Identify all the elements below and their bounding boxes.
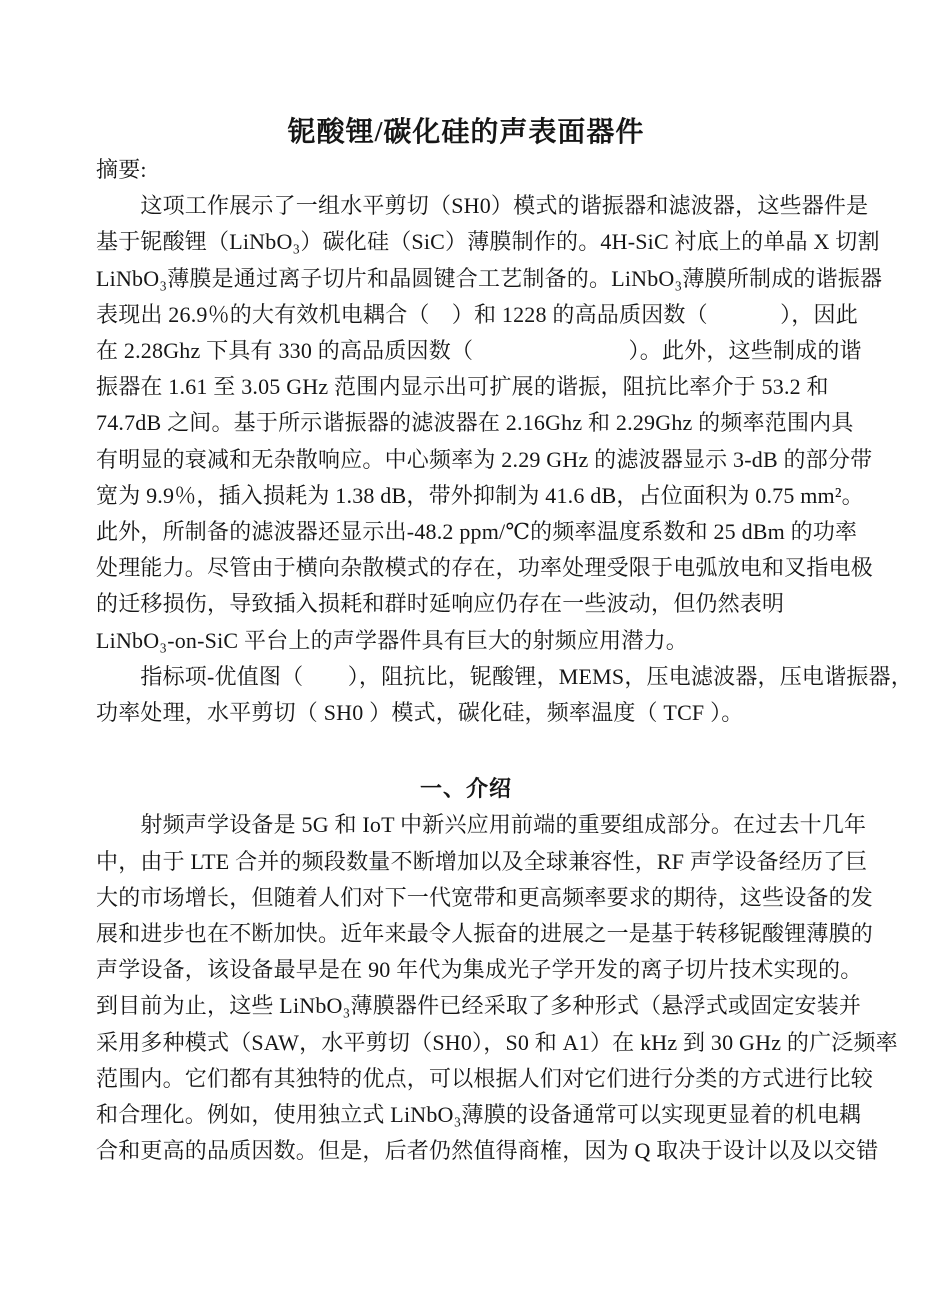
- introduction-paragraph: 射频声学设备是 5G 和 IoT 中新兴应用前端的重要组成部分。在过去十几年中，…: [96, 807, 836, 1169]
- text-line: 合和更高的品质因数。但是，后者仍然值得商榷，因为 Q 取决于设计以及以交错: [96, 1133, 836, 1169]
- text-line: 在 2.28Ghz 下具有 330 的高品质因数（ ）。此外，这些制成的谐: [96, 333, 836, 369]
- document-title: 铌酸锂/碳化硅的声表面器件: [96, 114, 836, 152]
- text-line: 射频声学设备是 5G 和 IoT 中新兴应用前端的重要组成部分。在过去十几年: [96, 807, 836, 843]
- text-line: LiNbO₃薄膜是通过离子切片和晶圆键合工艺制备的。LiNbO₃薄膜所制成的谐振…: [96, 261, 836, 297]
- text-line: 采用多种模式（SAW，水平剪切（SH0），S0 和 A1）在 kHz 到 30 …: [96, 1025, 836, 1061]
- index-terms-paragraph: 指标项-优值图（ ），阻抗比，铌酸锂，MEMS，压电滤波器，压电谐振器，功率处理…: [96, 659, 836, 731]
- section-heading-introduction: 一、介绍: [96, 771, 836, 807]
- text-line: LiNbO₃-on-SiC 平台上的声学器件具有巨大的射频应用潜力。: [96, 623, 836, 659]
- text-line: 此外，所制备的滤波器还显示出-48.2 ppm/℃的频率温度系数和 25 dBm…: [96, 514, 836, 550]
- text-line: 宽为 9.9％，插入损耗为 1.38 dB，带外抑制为 41.6 dB，占位面积…: [96, 478, 836, 514]
- text-line: 功率处理，水平剪切（ SH0 ）模式，碳化硅，频率温度（ TCF ）。: [96, 695, 836, 731]
- text-line: 有明显的衰减和无杂散响应。中心频率为 2.29 GHz 的滤波器显示 3-dB …: [96, 442, 836, 478]
- text-line: 处理能力。尽管由于横向杂散模式的存在，功率处理受限于电弧放电和叉指电极: [96, 550, 836, 586]
- text-line: 指标项-优值图（ ），阻抗比，铌酸锂，MEMS，压电滤波器，压电谐振器，: [96, 659, 836, 695]
- text-line: 范围内。它们都有其独特的优点，可以根据人们对它们进行分类的方式进行比较: [96, 1061, 836, 1097]
- text-line: 和合理化。例如，使用独立式 LiNbO₃薄膜的设备通常可以实现更显着的机电耦: [96, 1097, 836, 1133]
- text-line: 展和进步也在不断加快。近年来最令人振奋的进展之一是基于转移铌酸锂薄膜的: [96, 916, 836, 952]
- text-line: 74.7dB 之间。基于所示谐振器的滤波器在 2.16Ghz 和 2.29Ghz…: [96, 405, 836, 441]
- text-line: 中，由于 LTE 合并的频段数量不断增加以及全球兼容性，RF 声学设备经历了巨: [96, 844, 836, 880]
- abstract-label: 摘要:: [96, 152, 836, 188]
- text-line: 的迁移损伤，导致插入损耗和群时延响应仍存在一些波动，但仍然表明: [96, 586, 836, 622]
- text-line: 表现出 26.9％的大有效机电耦合（ ）和 1228 的高品质因数（ ），因此: [96, 297, 836, 333]
- text-line: 基于铌酸锂（LiNbO₃）碳化硅（SiC）薄膜制作的。4H-SiC 衬底上的单晶…: [96, 224, 836, 260]
- text-line: 到目前为止，这些 LiNbO₃薄膜器件已经采取了多种形式（悬浮式或固定安装并: [96, 988, 836, 1024]
- text-line: 声学设备，该设备最早是在 90 年代为集成光子学开发的离子切片技术实现的。: [96, 952, 836, 988]
- document-page: 铌酸锂/碳化硅的声表面器件 摘要: 这项工作展示了一组水平剪切（SH0）模式的谐…: [0, 0, 926, 1309]
- text-line: 大的市场增长，但随着人们对下一代宽带和更高频率要求的期待，这些设备的发: [96, 880, 836, 916]
- text-line: 这项工作展示了一组水平剪切（SH0）模式的谐振器和滤波器，这些器件是: [96, 188, 836, 224]
- abstract-paragraph: 这项工作展示了一组水平剪切（SH0）模式的谐振器和滤波器，这些器件是基于铌酸锂（…: [96, 188, 836, 659]
- text-line: 振器在 1.61 至 3.05 GHz 范围内显示出可扩展的谐振，阻抗比率介于 …: [96, 369, 836, 405]
